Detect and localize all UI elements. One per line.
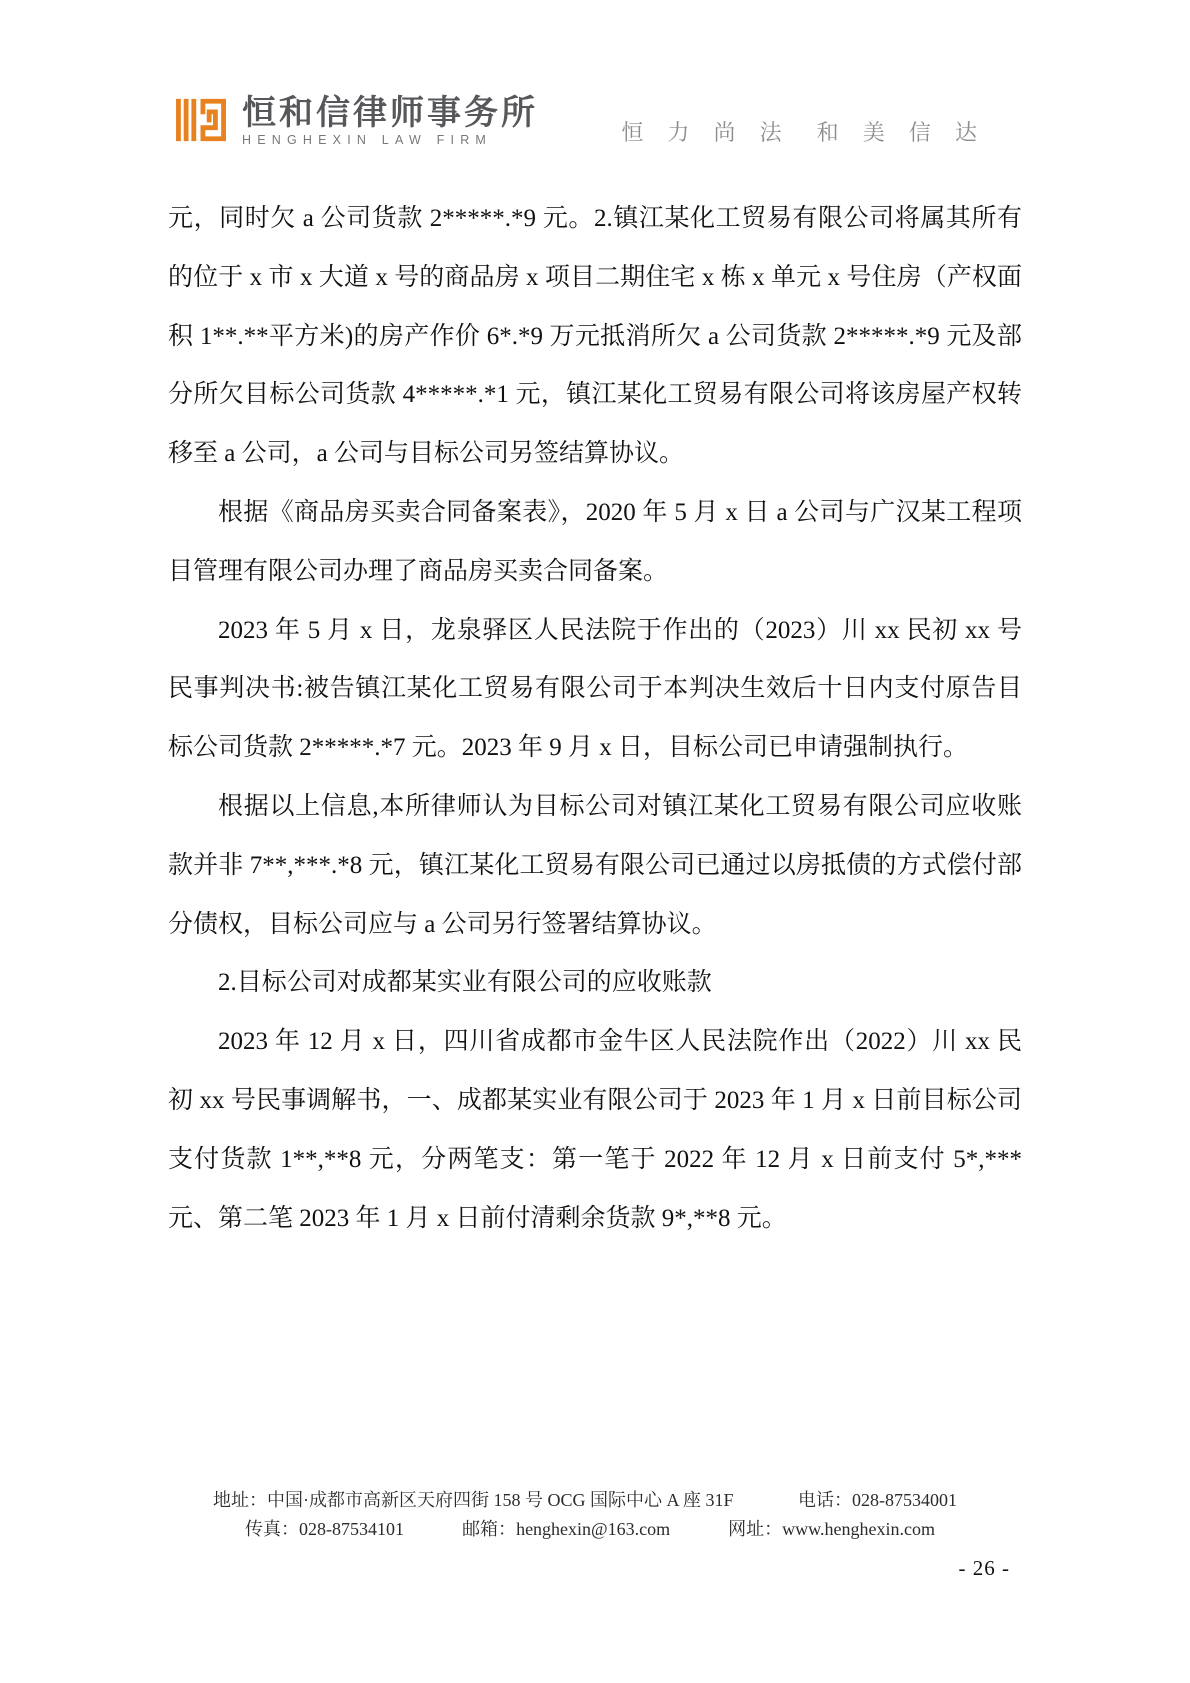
paragraph: 根据《商品房买卖合同备案表》，2020 年 5 月 x 日 a 公司与广汉某工程… [168, 484, 1022, 602]
document-body: 元，同时欠 a 公司货款 2*****.*9 元。2.镇江某化工贸易有限公司将属… [168, 190, 1022, 1248]
paragraph: 根据以上信息,本所律师认为目标公司对镇江某化工贸易有限公司应收账款并非 7**,… [168, 778, 1022, 954]
slogan-part1: 恒 力 尚 法 [621, 120, 790, 145]
firm-slogan: 恒 力 尚 法和 美 信 达 [621, 116, 986, 147]
logo-text: 恒和信律师事务所 HENGHEXIN LAW FIRM [242, 88, 538, 147]
email-value: henghexin@163.com [516, 1519, 670, 1539]
footer-row-2: 传真：028-87534101 邮箱：henghexin@163.com 网址：… [213, 1515, 957, 1544]
address-label: 地址： [213, 1490, 267, 1510]
phone-value: 028-87534001 [852, 1490, 957, 1510]
footer-email: 邮箱：henghexin@163.com [462, 1515, 670, 1544]
footer-website: 网址：www.henghexin.com [728, 1515, 935, 1544]
fax-label: 传真： [245, 1519, 299, 1539]
logo-name-cn: 恒和信律师事务所 [242, 96, 538, 130]
henghexin-logo-mark-icon [176, 96, 226, 144]
page-header: 恒和信律师事务所 HENGHEXIN LAW FIRM 恒 力 尚 法和 美 信… [176, 88, 1022, 160]
email-label: 邮箱： [462, 1519, 516, 1539]
website-label: 网址： [728, 1519, 782, 1539]
footer-address: 地址：中国·成都市高新区天府四街 158 号 OCG 国际中心 A 座 31F [213, 1486, 734, 1515]
address-value: 中国·成都市高新区天府四街 158 号 OCG 国际中心 A 座 31F [267, 1490, 734, 1510]
paragraph: 元，同时欠 a 公司货款 2*****.*9 元。2.镇江某化工贸易有限公司将属… [168, 190, 1022, 484]
footer-row-1: 地址：中国·成都市高新区天府四街 158 号 OCG 国际中心 A 座 31F … [213, 1486, 957, 1515]
logo-name-en: HENGHEXIN LAW FIRM [242, 133, 538, 147]
paragraph: 2023 年 12 月 x 日，四川省成都市金牛区人民法院作出（2022）川 x… [168, 1013, 1022, 1248]
fax-value: 028-87534101 [299, 1519, 404, 1539]
document-page: 恒和信律师事务所 HENGHEXIN LAW FIRM 恒 力 尚 法和 美 信… [0, 0, 1190, 1683]
slogan-part2: 和 美 信 达 [817, 120, 986, 145]
phone-label: 电话： [798, 1490, 852, 1510]
website-value: www.henghexin.com [782, 1519, 935, 1539]
page-number: - 26 - [959, 1556, 1011, 1581]
page-footer: 地址：中国·成都市高新区天府四街 158 号 OCG 国际中心 A 座 31F … [213, 1486, 957, 1544]
paragraph: 2.目标公司对成都某实业有限公司的应收账款 [168, 954, 1022, 1013]
paragraph: 2023 年 5 月 x 日，龙泉驿区人民法院于作出的（2023）川 xx 民初… [168, 602, 1022, 778]
footer-phone: 电话：028-87534001 [798, 1486, 957, 1515]
footer-fax: 传真：028-87534101 [245, 1515, 404, 1544]
